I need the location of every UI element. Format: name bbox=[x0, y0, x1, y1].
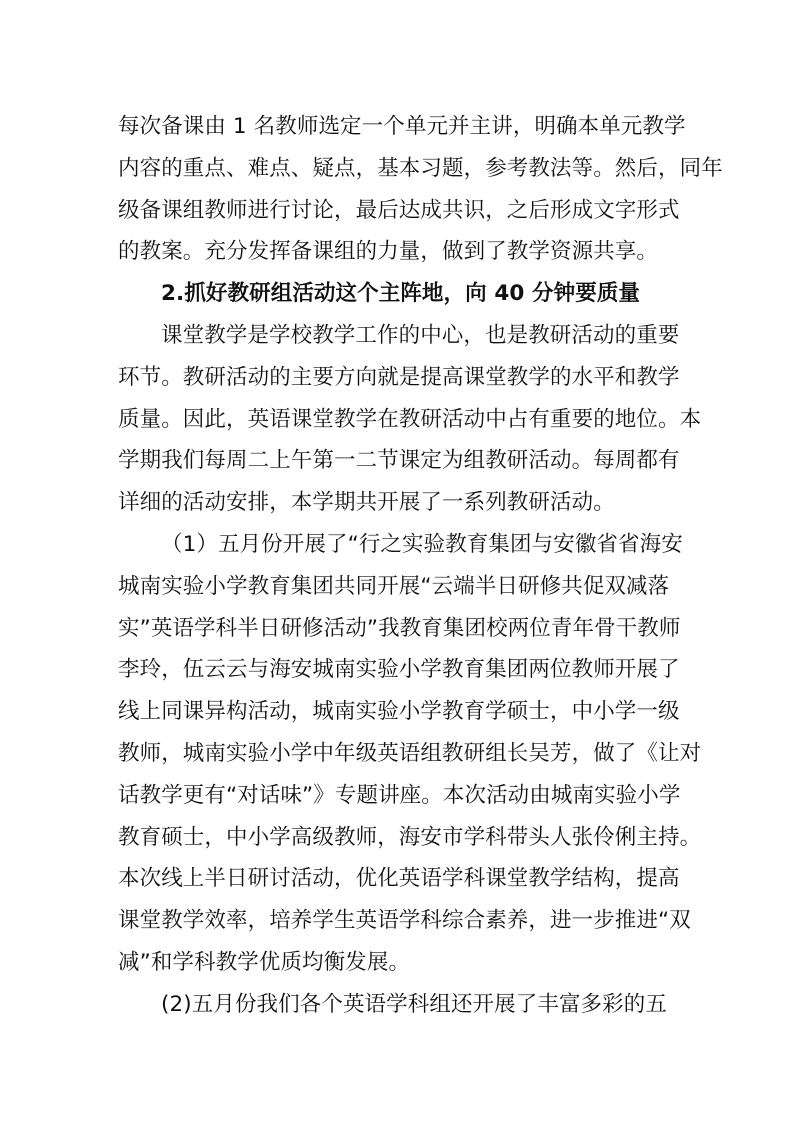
paragraph-lesson-prep: 每次备课由 1 名教师选定一个单元并主讲，明确本单元教学 内容的重点、难点、疑点… bbox=[118, 106, 674, 273]
paragraph-classroom-teaching: 课堂教学是学校教学工作的中心，也是教研活动的重要 环节。教研活动的主要方向就是提… bbox=[118, 315, 674, 524]
text-line: 课堂教学效率，培养学生英语学科综合素养，进一步推进“双 bbox=[118, 900, 674, 942]
text-line: 每次备课由 1 名教师选定一个单元并主讲，明确本单元教学 bbox=[118, 106, 674, 148]
text-line: 李玲，伍云云与海安城南实验小学教育集团两位教师开展了 bbox=[118, 649, 674, 691]
paragraph-activity-1: （1）五月份开展了“行之实验教育集团与安徽省省海安 城南实验小学教育集团共同开展… bbox=[118, 524, 674, 984]
text-line: （1）五月份开展了“行之实验教育集团与安徽省省海安 bbox=[118, 524, 674, 566]
text-line: 级备课组教师进行讨论，最后达成共识，之后形成文字形式 bbox=[118, 190, 674, 232]
text-line: 教育硕士，中小学高级教师，海安市学科带头人张伶俐主持。 bbox=[118, 817, 674, 859]
text-line: 的教案。充分发挥备课组的力量，做到了教学资源共享。 bbox=[118, 231, 674, 273]
text-line: 课堂教学是学校教学工作的中心，也是教研活动的重要 bbox=[118, 315, 674, 357]
text-line: 教师，城南实验小学中年级英语组教研组长吴芳，做了《让对 bbox=[118, 733, 674, 775]
text-line: 本次线上半日研讨活动，优化英语学科课堂教学结构，提高 bbox=[118, 858, 674, 900]
text-line: (2)五月份我们各个英语学科组还开展了丰富多彩的五 bbox=[118, 984, 674, 1026]
text-line: 城南实验小学教育集团共同开展“云端半日研修共促双减落 bbox=[118, 566, 674, 608]
text-line: 学期我们每周二上午第一二节课定为组教研活动。每周都有 bbox=[118, 440, 674, 482]
text-line: 线上同课异构活动，城南实验小学教育学硕士，中小学一级 bbox=[118, 691, 674, 733]
text-line: 话教学更有“对话味”》专题讲座。本次活动由城南实验小学 bbox=[118, 775, 674, 817]
text-line: 实”英语学科半日研修活动”我教育集团校两位青年骨干教师 bbox=[118, 608, 674, 650]
paragraph-activity-2: (2)五月份我们各个英语学科组还开展了丰富多彩的五 bbox=[118, 984, 674, 1026]
document-page: 每次备课由 1 名教师选定一个单元并主讲，明确本单元教学 内容的重点、难点、疑点… bbox=[118, 106, 674, 1026]
text-line: 详细的活动安排，本学期共开展了一系列教研活动。 bbox=[118, 482, 674, 524]
text-line: 内容的重点、难点、疑点，基本习题，参考教法等。然后，同年 bbox=[118, 148, 674, 190]
section-heading: 2.抓好教研组活动这个主阵地，向 40 分钟要质量 bbox=[118, 273, 674, 315]
text-line: 环节。教研活动的主要方向就是提高课堂教学的水平和教学 bbox=[118, 357, 674, 399]
text-line: 质量。因此，英语课堂教学在教研活动中占有重要的地位。本 bbox=[118, 399, 674, 441]
text-line: 减”和学科教学优质均衡发展。 bbox=[118, 942, 674, 984]
